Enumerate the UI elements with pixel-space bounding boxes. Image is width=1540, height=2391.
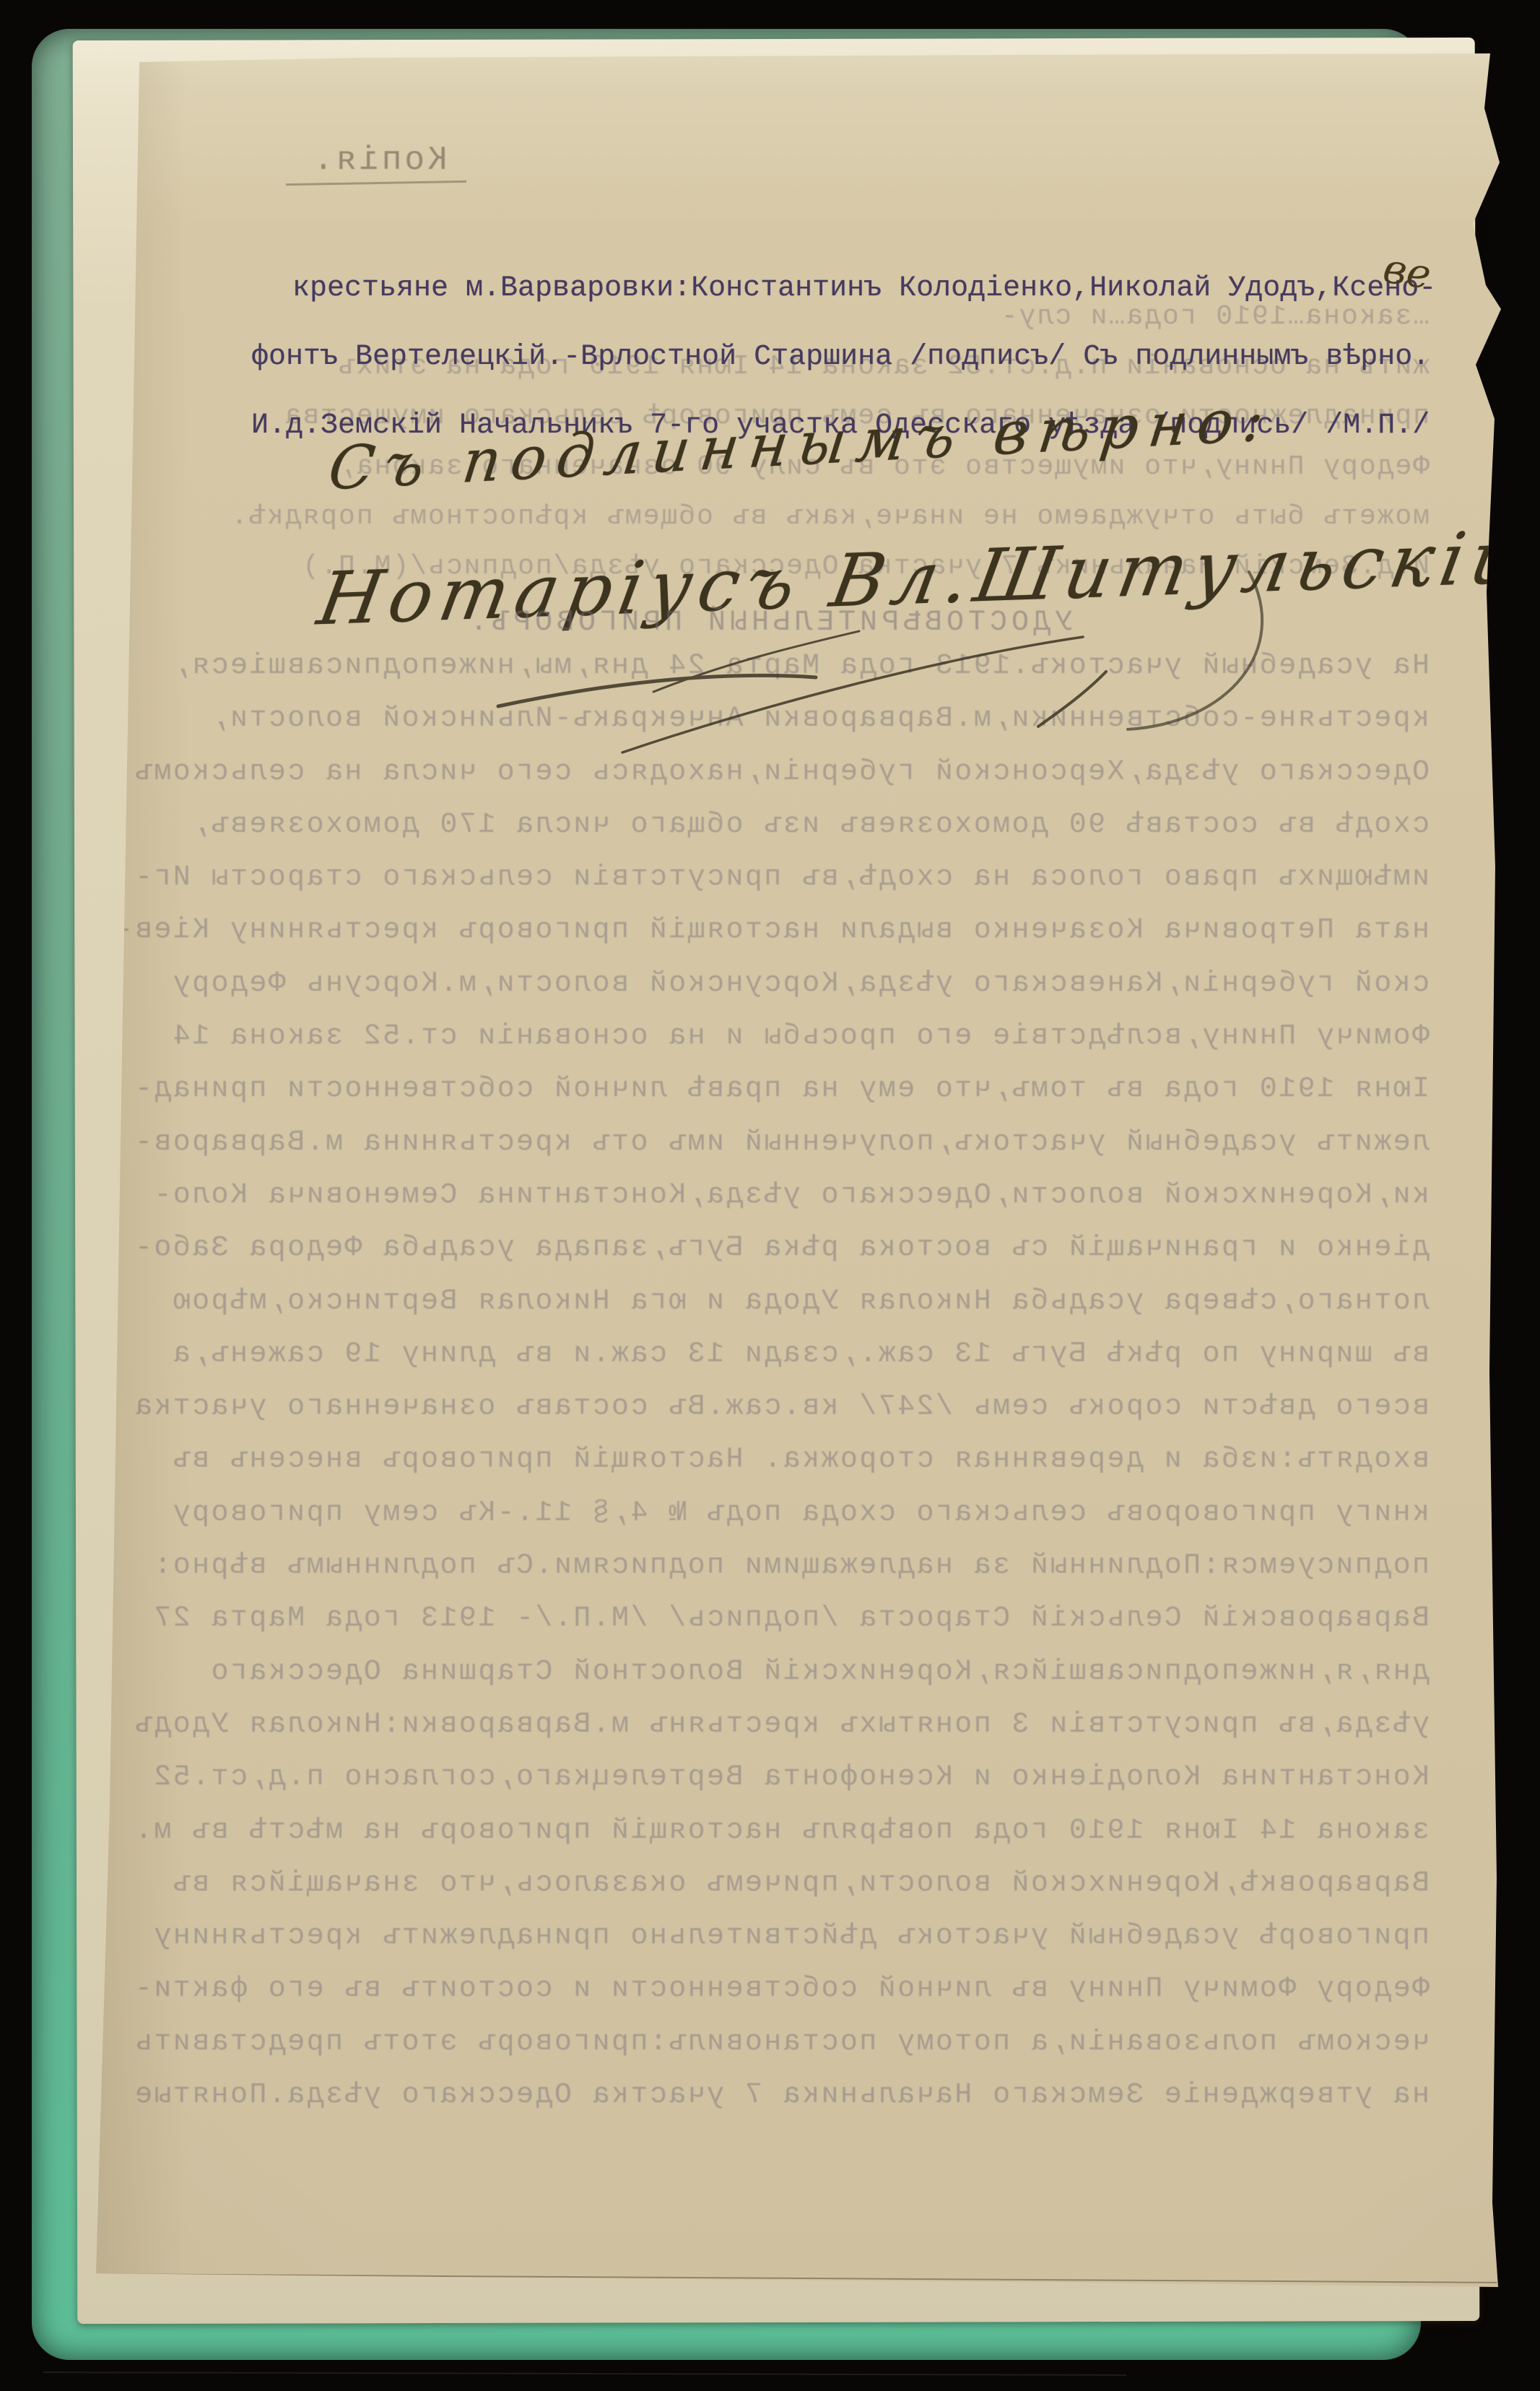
bleedthrough-line: Варваровкѣ,Коренихской волости,причемъ о… <box>108 1857 1430 1910</box>
typed-line: фонтъ Вертелецкій.-Врлостной Старшина /п… <box>251 323 1471 391</box>
bleedthrough-line: входятъ:изба и деревянная сторожка. Наст… <box>108 1433 1430 1486</box>
background-scratch <box>43 2372 1126 2376</box>
bleedthrough-line: уѣзда,въ присутствіи 3 понятыхъ крестьян… <box>108 1698 1430 1751</box>
bleedthrough-line: книгу приговоровъ сельскаго схода подъ №… <box>108 1487 1430 1540</box>
bleedthrough-line: закона 14 Іюня 1910 года повѣрялъ настоя… <box>108 1805 1430 1857</box>
bleedthrough-line: всего двѣсти сорокъ семь /247/ кв.саж.Въ… <box>108 1381 1430 1433</box>
bleedthrough-line: подписуемся:Подлинный за надлежащими под… <box>108 1540 1430 1592</box>
bleedthrough-line: лежитъ усадебный участокъ,полученный имъ… <box>108 1116 1430 1169</box>
bleedthrough-line: Федору Фомичу Пнину въ личной собственно… <box>108 1963 1430 2015</box>
bleedthrough-line: дня,я,нижеподписавшійся,Коренихскій Воло… <box>108 1646 1430 1698</box>
bleedthrough-line: имѣющихъ право голоса на сходѣ,въ присут… <box>108 851 1430 904</box>
bleedthrough-line: крестьяне-собственники,м.Варваровки Анче… <box>108 693 1430 745</box>
document-page: Копія. …закона…1910 года…и слу-житъ на о… <box>0 0 1540 2391</box>
bleedthrough-line: Одесскаго уѣзда,Херсонской губерніи,нахо… <box>108 746 1430 799</box>
bleedthrough-line: въ ширину по рѣкѣ Бугъ 13 саж.,сзади 13 … <box>108 1328 1430 1381</box>
bleedthrough-line: Константина Колодіенко и Ксенофонта Верт… <box>108 1751 1430 1804</box>
bleedthrough-line: житъ на основаніи п.д.ст.52 закона 14 Ію… <box>108 342 1430 391</box>
bleedthrough-line: Іюня 1910 года въ томъ,что ему на правѣ … <box>108 1063 1430 1116</box>
typed-text-block: крестьяне м.Варваровки:Константинъ Колод… <box>251 254 1471 460</box>
bleedthrough-body-lines: На усадебный участокъ.1913 года Марта 24… <box>108 640 1430 2122</box>
bleedthrough-line: И.д.Земскій Начальникъ 7 участка Одесска… <box>108 542 1430 591</box>
bleedthrough-heading: УДОСТОВѢРИТЕЛЬНЫЙ ПРИГОВОРЪ. <box>108 607 1430 639</box>
bleedthrough-line: Федору Пнину,что имущество это въ силу 9… <box>108 442 1430 492</box>
bleedthrough-line: лотнаго,сѣвера усадьба Николая Удода и ю… <box>108 1275 1430 1328</box>
bleedthrough-line: ческомъ пользованіи,а потому постановилъ… <box>108 2016 1430 2069</box>
bleedthrough-line: приговорѣ усадебный участокъ дѣйствитель… <box>108 1910 1430 1963</box>
bleedthrough-line: …закона…1910 года…и слу- <box>108 292 1430 342</box>
bleedthrough-line: можетъ быть отчуждаемо не иначе,какъ въ … <box>108 492 1430 542</box>
margin-ink-mark: ве <box>1380 245 1434 298</box>
bleedthrough-line: Варваровскій Сельскій Староста /подпись/… <box>108 1592 1430 1645</box>
bleedthrough-line: На усадебный участокъ.1913 года Марта 24… <box>108 640 1430 693</box>
typed-line: крестьяне м.Варваровки:Константинъ Колод… <box>251 254 1471 323</box>
copy-label-underline <box>286 181 466 186</box>
bleedthrough-line: принадлежности означеннаго въ семъ приго… <box>108 391 1430 441</box>
bleedthrough-line: ской губерніи,Каневскаго уѣзда,Корсунско… <box>108 958 1430 1010</box>
bleedthrough-line: сходѣ въ составѣ 90 домохозяевъ изъ обща… <box>108 799 1430 851</box>
bleedthrough-upper-lines: …закона…1910 года…и слу-житъ на основані… <box>108 292 1430 591</box>
bleedthrough-line: Фомичу Пнину,вслѣдствіе его просьбы и на… <box>108 1010 1430 1063</box>
bleedthrough-line: на утвержденіе Земскаго Начальника 7 уча… <box>108 2069 1430 2122</box>
notary-signature: Нотаріусъ Вл.Шитульскій <box>312 514 1533 641</box>
handwritten-certification: Съ подлиннымъ вѣрно: <box>325 385 1278 503</box>
bleedthrough-line: діенко и граничащій съ востока рѣка Бугъ… <box>108 1222 1430 1275</box>
copy-label-bleedthrough: Копія. <box>310 142 448 179</box>
typed-line: И.д.Земскій Начальникъ 7-го участка Одес… <box>251 391 1471 460</box>
archival-document-scan: Копія. …закона…1910 года…и слу-житъ на о… <box>0 0 1540 2391</box>
bleedthrough-line: ки,Коренихской волости,Одесскаго уѣзда,К… <box>108 1169 1430 1222</box>
bleedthrough-line: ната Петровича Козаченко выдали настоящі… <box>108 904 1430 957</box>
